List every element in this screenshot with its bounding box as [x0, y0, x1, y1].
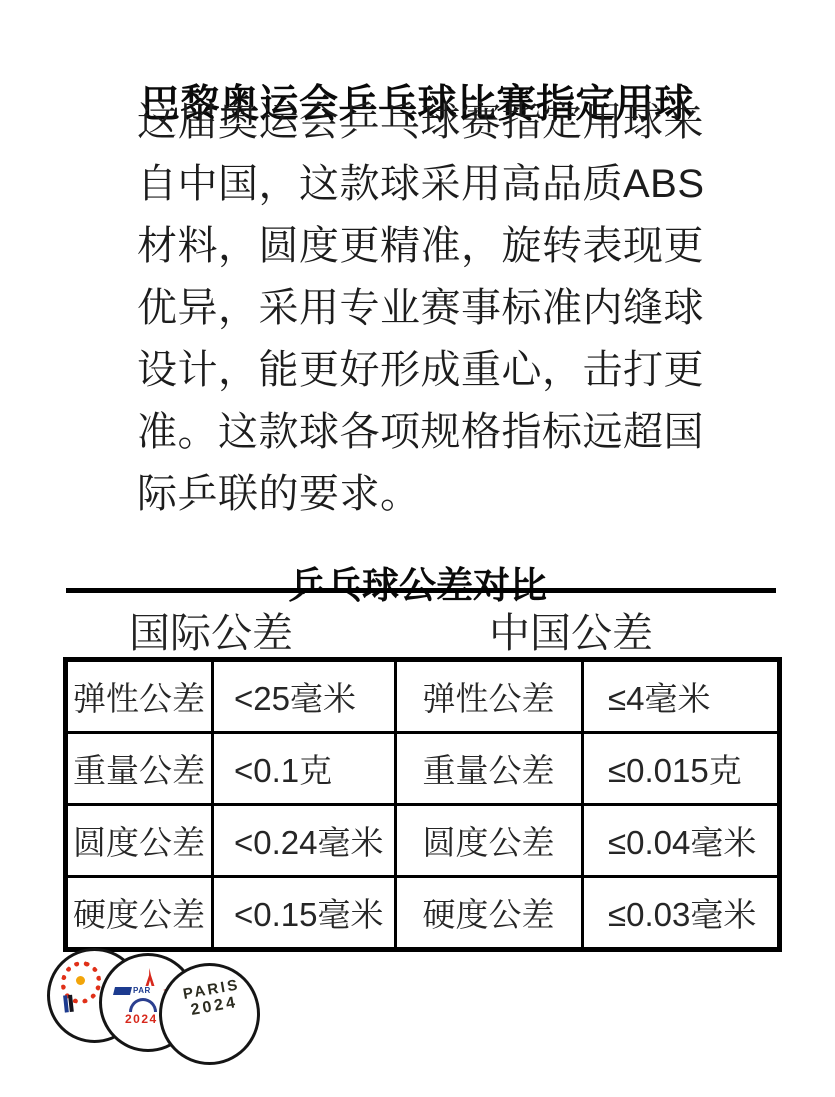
cn-label-cell: 弹性公差: [396, 660, 583, 733]
intro-paragraph: 这届奥运会乒乓球赛指定用球来 自中国，这款球采用高品质ABS 材料，圆度更精准，…: [137, 91, 717, 525]
arch-icon: [129, 998, 157, 1012]
blue-flag-icon: [113, 987, 132, 995]
table-row: 弹性公差 <25毫米 弹性公差 ≤4毫米: [66, 660, 780, 733]
emblem-year: 2024: [125, 1012, 158, 1026]
divider-line: [66, 588, 776, 593]
paris-2024-wordmark: PARIS 2024: [175, 975, 250, 1022]
table-row: 圆度公差 <0.24毫米 圆度公差 ≤0.04毫米: [66, 805, 780, 877]
intl-value-cell: <0.24毫米: [213, 805, 396, 877]
emblem-city-abbr: PAR: [133, 986, 151, 995]
center-dot-icon: [76, 976, 85, 985]
intl-label-cell: 重量公差: [66, 733, 213, 805]
intl-value-cell: <0.15毫米: [213, 877, 396, 950]
intl-value-cell: <25毫米: [213, 660, 396, 733]
intl-label-cell: 硬度公差: [66, 877, 213, 950]
table-row: 硬度公差 <0.15毫米 硬度公差 ≤0.03毫米: [66, 877, 780, 950]
intro-line: 际乒联的要求。: [137, 463, 717, 525]
intro-line: 这届奥运会乒乓球赛指定用球来: [137, 91, 717, 153]
section-title: 乒乓球公差对比: [0, 555, 835, 609]
intro-line: 设计，能更好形成重心，击打更: [137, 339, 717, 401]
eiffel-tower-icon: [142, 968, 158, 986]
intro-line: 优异，采用专业赛事标准内缝球: [137, 277, 717, 339]
intl-value-cell: <0.1克: [213, 733, 396, 805]
product-detail-page: 巴黎奥运会乒乓球比赛指定用球 这届奥运会乒乓球赛指定用球来 自中国，这款球采用高…: [0, 0, 835, 1097]
cn-value-cell: ≤0.04毫米: [583, 805, 780, 877]
intro-line: 自中国，这款球采用高品质ABS: [137, 153, 717, 215]
table-row: 重量公差 <0.1克 重量公差 ≤0.015克: [66, 733, 780, 805]
intl-label-cell: 圆度公差: [66, 805, 213, 877]
intl-label-cell: 弹性公差: [66, 660, 213, 733]
intl-tolerance-header: 国际公差: [129, 600, 293, 659]
tolerance-comparison-table: 弹性公差 <25毫米 弹性公差 ≤4毫米 重量公差 <0.1克 重量公差 ≤0.…: [63, 657, 782, 952]
cn-label-cell: 重量公差: [396, 733, 583, 805]
cn-value-cell: ≤0.03毫米: [583, 877, 780, 950]
intro-line: 准。这款球各项规格指标远超国: [137, 401, 717, 463]
ping-pong-ball-right: PARIS 2024: [159, 963, 260, 1065]
cn-label-cell: 硬度公差: [396, 877, 583, 950]
cn-value-cell: ≤0.015克: [583, 733, 780, 805]
cn-value-cell: ≤4毫米: [583, 660, 780, 733]
cn-tolerance-header: 中国公差: [489, 600, 653, 659]
paddle-handle-icon: [63, 994, 77, 1013]
intro-line: 材料，圆度更精准，旋转表现更: [137, 215, 717, 277]
cn-label-cell: 圆度公差: [396, 805, 583, 877]
